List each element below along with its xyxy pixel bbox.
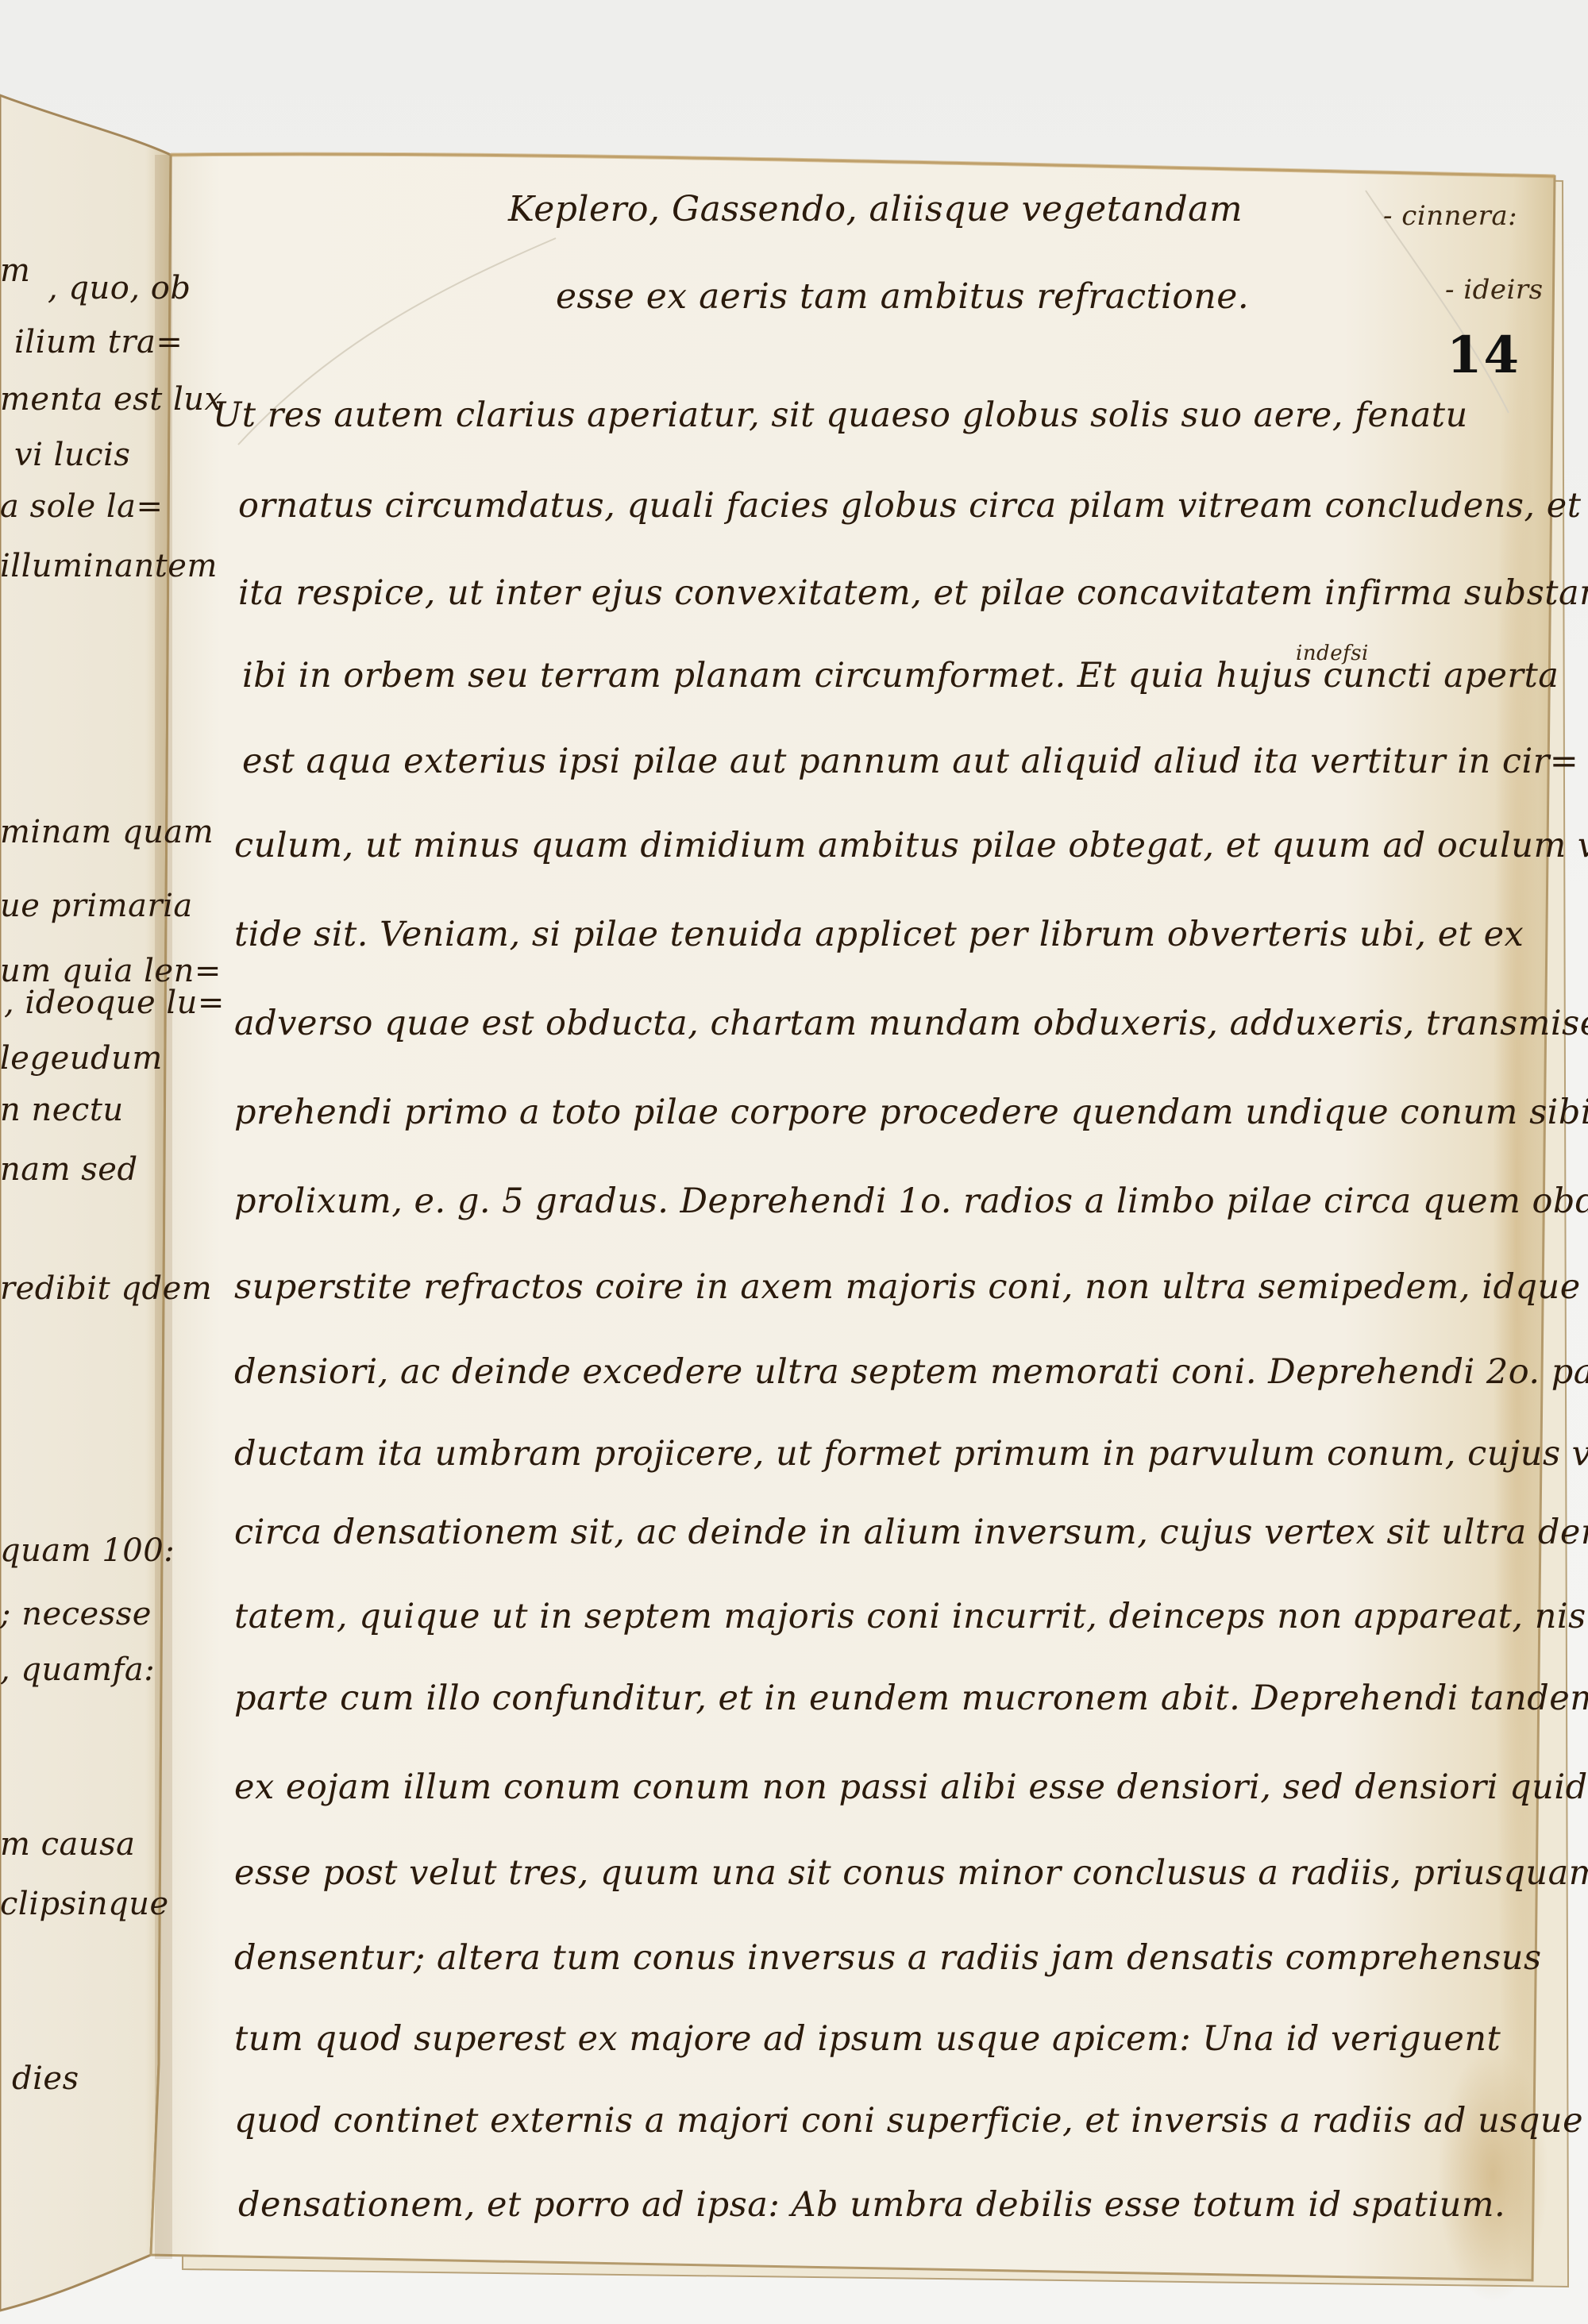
left-page-fragment: ; necesse	[0, 1596, 152, 1632]
left-page-fragment: redibit qdem	[0, 1270, 212, 1307]
body-line-13: ductam ita umbram projicere, ut formet p…	[234, 1434, 1588, 1474]
body-line-1: Ut res autem clarius aperiatur, sit quae…	[213, 395, 1468, 435]
left-page-fragment: a sole la=	[0, 488, 164, 525]
body-line-7: tide sit. Veniam, si pilae tenuida appli…	[234, 915, 1524, 954]
left-page-fragment: vi lucis	[14, 437, 130, 473]
margin-note-2: - ideirs	[1445, 274, 1544, 306]
left-page-fragment: minam quam	[0, 814, 214, 850]
left-page-fragment: nam sed	[0, 1151, 138, 1188]
body-line-8: adverso quae est obducta, chartam mundam…	[234, 1004, 1588, 1043]
body-line-6: culum, ut minus quam dimidium ambitus pi…	[234, 826, 1588, 865]
body-line-3: ita respice, ut inter ejus convexitatem,…	[238, 573, 1588, 613]
left-page-fragment: m	[0, 252, 30, 289]
body-line-12: densiori, ac deinde excedere ultra septe…	[234, 1352, 1588, 1392]
body-line-4: ibi in orbem seu terram planam circumfor…	[242, 656, 1559, 696]
body-line-10: prolixum, e. g. 5 gradus. Deprehendi 1o.…	[234, 1181, 1588, 1221]
body-line-11: superstite refractos coire in axem major…	[234, 1267, 1581, 1307]
body-line-15: tatem, quique ut in septem majoris coni …	[234, 1597, 1588, 1636]
body-line-22: densationem, et porro ad ipsa: Ab umbra …	[238, 2185, 1505, 2225]
body-line-18: esse post velut tres, quum una sit conus…	[234, 1853, 1588, 1893]
left-page-fragment: dies	[12, 2060, 79, 2097]
body-line-20: tum quod superest ex majore ad ipsum usq…	[234, 2019, 1501, 2059]
left-page-fragment: , quo, ob	[48, 270, 191, 306]
body-line-21: quod continet externis a majori coni sup…	[234, 2101, 1583, 2141]
left-page-fragment: quam 100:	[0, 1532, 175, 1569]
heading-line-1: Keplero, Gassendo, aliisque vegetandam	[508, 189, 1243, 229]
body-line-14: circa densationem sit, ac deinde in aliu…	[234, 1513, 1588, 1552]
left-page-fragment: ue primaria	[0, 888, 193, 924]
margin-note-1: - cinnera:	[1383, 200, 1517, 232]
left-page-fragment: clipsinque	[0, 1886, 169, 1922]
left-page-fragment: menta est lux	[0, 381, 223, 418]
body-line-5: est aqua exterius ipsi pilae aut pannum …	[242, 742, 1578, 781]
left-page-fragment: , ideoque lu=	[4, 985, 225, 1021]
body-line-17: ex eojam illum conum conum non passi ali…	[234, 1767, 1588, 1807]
body-line-19: densentur; altera tum conus inversus a r…	[234, 1938, 1542, 1978]
left-page-fragment: m causa	[0, 1826, 136, 1863]
left-page-fragment: ilium tra=	[14, 324, 183, 360]
body-line-2: ornatus circumdatus, quali facies globus…	[238, 486, 1581, 526]
left-page-fragment: , quamfa:	[0, 1651, 155, 1688]
left-page-fragment: legeudum	[0, 1040, 163, 1077]
manuscript-photo: Keplero, Gassendo, aliisque vegetandam e…	[0, 0, 1588, 2324]
body-line-9: prehendi primo a toto pilae corpore proc…	[234, 1093, 1588, 1132]
folio-number: 14	[1447, 326, 1521, 385]
left-page-fragment: illuminantem	[0, 548, 218, 584]
left-page-fragment: n nectu	[0, 1092, 124, 1128]
body-line-16: parte cum illo confunditur, et in eundem…	[234, 1678, 1588, 1718]
heading-line-2: esse ex aeris tam ambitus refractione.	[556, 276, 1249, 317]
manuscript-text: Keplero, Gassendo, aliisque vegetandam e…	[0, 0, 1588, 2324]
